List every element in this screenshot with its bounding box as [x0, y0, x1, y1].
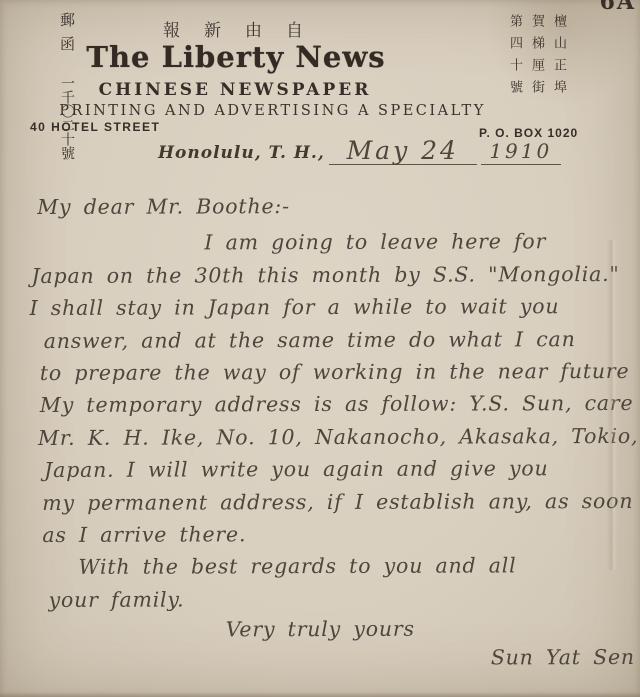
salutation: My dear Mr. Boothe:- — [37, 189, 624, 223]
paper-tagline: PRINTING AND ADVERTISING A SPECIALTY — [0, 103, 545, 119]
chinese-address-city: 檀山正埠 — [547, 14, 569, 102]
page-corner-number: 6A — [600, 0, 636, 15]
valediction: Very truly yours — [226, 614, 626, 644]
paper-name: The Liberty News — [0, 40, 472, 74]
chinese-address-street: 賀梯厘街 — [525, 14, 547, 102]
letter-line: your family. — [49, 582, 626, 616]
letter-line: Japan. I will write you again and give y… — [44, 452, 625, 486]
dateline-date-handwritten: May 24 — [329, 138, 477, 165]
paper-subtitle: CHINESE NEWSPAPER — [0, 80, 470, 100]
letter-line: answer, and at the same time do what I c… — [44, 323, 625, 357]
letter-line: Japan on the 30th this month by S.S. "Mo… — [31, 258, 624, 292]
masthead-chinese-title: 報新由自 — [0, 16, 466, 41]
letter-line: to prepare the way of working in the nea… — [40, 355, 625, 389]
letter-line: With the best regards to you and all — [78, 549, 625, 583]
letter-line: My temporary address is as follow: Y.S. … — [40, 387, 625, 421]
letter-body: My dear Mr. Boothe:- I am going to leave… — [29, 189, 626, 674]
dateline-year-handwritten: 1910 — [481, 138, 561, 165]
letterhead-chinese-address: 檀山正埠 賀梯厘街 第四十號 — [503, 14, 569, 102]
letter-line: I am going to leave here for — [204, 225, 624, 259]
street-address: 40 HOTEL STREET — [30, 120, 160, 134]
letter-line: as I arrive there. — [42, 517, 625, 551]
letter-line: Mr. K. H. Ike, No. 10, Nakanocho, Akasak… — [38, 420, 625, 454]
dateline-place: Honolulu, T. H., — [158, 143, 325, 165]
signature: Sun Yat Sen — [491, 643, 626, 672]
chinese-address-number: 第四十號 — [503, 14, 525, 102]
paper-crease — [607, 240, 617, 570]
dateline: Honolulu, T. H., May 24 1910 — [158, 138, 561, 165]
letter-line: I shall stay in Japan for a while to wai… — [30, 290, 625, 324]
paper-edge-shadow — [0, 692, 640, 697]
letter-line: my permanent address, if I establish any… — [42, 485, 625, 519]
letter-page: 6A 郵函 一千〇二十號 檀山正埠 賀梯厘街 第四十號 報新由自 The Lib… — [0, 0, 640, 697]
